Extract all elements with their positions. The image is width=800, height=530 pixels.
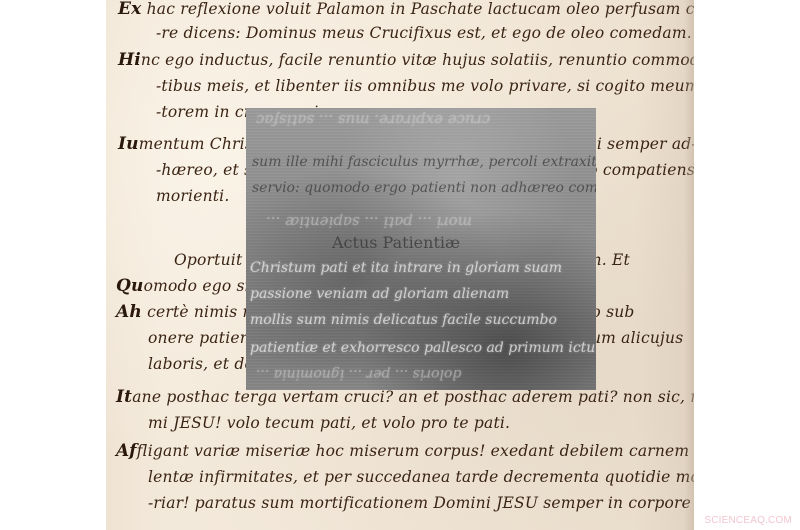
line-text: mi JESU! volo tecum pati, et volo pro te… (148, 414, 510, 432)
manuscript-page: Ex hac reflexione voluit Palamon in Pasc… (106, 0, 694, 530)
manuscript-line: mi JESU! volo tecum pati, et volo pro te… (148, 413, 510, 433)
manuscript-line: -riar! paratus sum mortificationem Domin… (148, 493, 694, 513)
hidden-text-line: cruce expirare. mus ... satisfac (256, 110, 490, 130)
manuscript-line: Affligant variæ miseriæ hoc miserum corp… (116, 441, 689, 461)
initial-capital: Ah (116, 302, 142, 322)
line-text: morienti. (156, 187, 229, 205)
hidden-text-line: mori ... pati ... sapientiæ ... (266, 212, 472, 232)
initial-capital: Iu (118, 134, 139, 154)
hidden-text-line: servio: quomodo ergo patienti non adhære… (252, 178, 596, 198)
manuscript-line: morienti. (156, 186, 229, 206)
initial-capital: Qu (116, 276, 144, 296)
line-text: hac reflexione voluit Palamon in Paschat… (142, 0, 695, 18)
initial-capital: Ex (118, 0, 142, 19)
manuscript-line: -tibus meis, et libenter iis omnibus me … (156, 76, 694, 96)
hidden-text-line: doloris ... per ... ignominia ... (256, 364, 461, 384)
line-text: -riar! paratus sum mortificationem Domin… (148, 494, 694, 512)
manuscript-line: -re dicens: Dominus meus Crucifixus est,… (156, 23, 692, 43)
multispectral-overlay: cruce expirare. mus ... satisfac sum ill… (246, 108, 596, 390)
image-canvas: Ex hac reflexione voluit Palamon in Pasc… (0, 0, 800, 530)
manuscript-line: lentæ infirmitates, et per succedanea ta… (148, 467, 694, 487)
manuscript-line: Ex hac reflexione voluit Palamon in Pasc… (118, 0, 694, 19)
line-text: -tibus meis, et libenter iis omnibus me … (156, 77, 694, 95)
overlay-heading: Actus Patientiæ (332, 233, 460, 252)
line-text: fligant variæ miseriæ hoc miserum corpus… (137, 442, 690, 460)
line-text: lentæ infirmitates, et per succedanea ta… (148, 468, 694, 486)
manuscript-line: Hinc ego inductus, facile renuntio vitæ … (118, 50, 694, 70)
hidden-text-line: mollis sum nimis delicatus facile succum… (250, 310, 557, 330)
initial-capital: Af (116, 441, 137, 461)
initial-capital: It (116, 387, 132, 407)
line-text: nc ego inductus, facile renuntio vitæ hu… (141, 51, 694, 69)
initial-capital: Hi (118, 50, 141, 70)
hidden-text-line: sum ille mihi fasciculus myrrhæ, percoli… (252, 152, 596, 172)
hidden-text-line: Christum pati et ita intrare in gloriam … (250, 258, 562, 278)
watermark: SCIENCEAQ.COM (704, 515, 792, 526)
hidden-text-line: passione veniam ad gloriam alienam (250, 284, 509, 304)
manuscript-line: Itane posthac terga vertam cruci? an et … (116, 387, 694, 407)
line-text: ane posthac terga vertam cruci? an et po… (132, 388, 694, 406)
line-text: -re dicens: Dominus meus Crucifixus est,… (156, 24, 692, 42)
hidden-text-line: patientiæ et exhorresco pallesco ad prim… (250, 338, 596, 358)
